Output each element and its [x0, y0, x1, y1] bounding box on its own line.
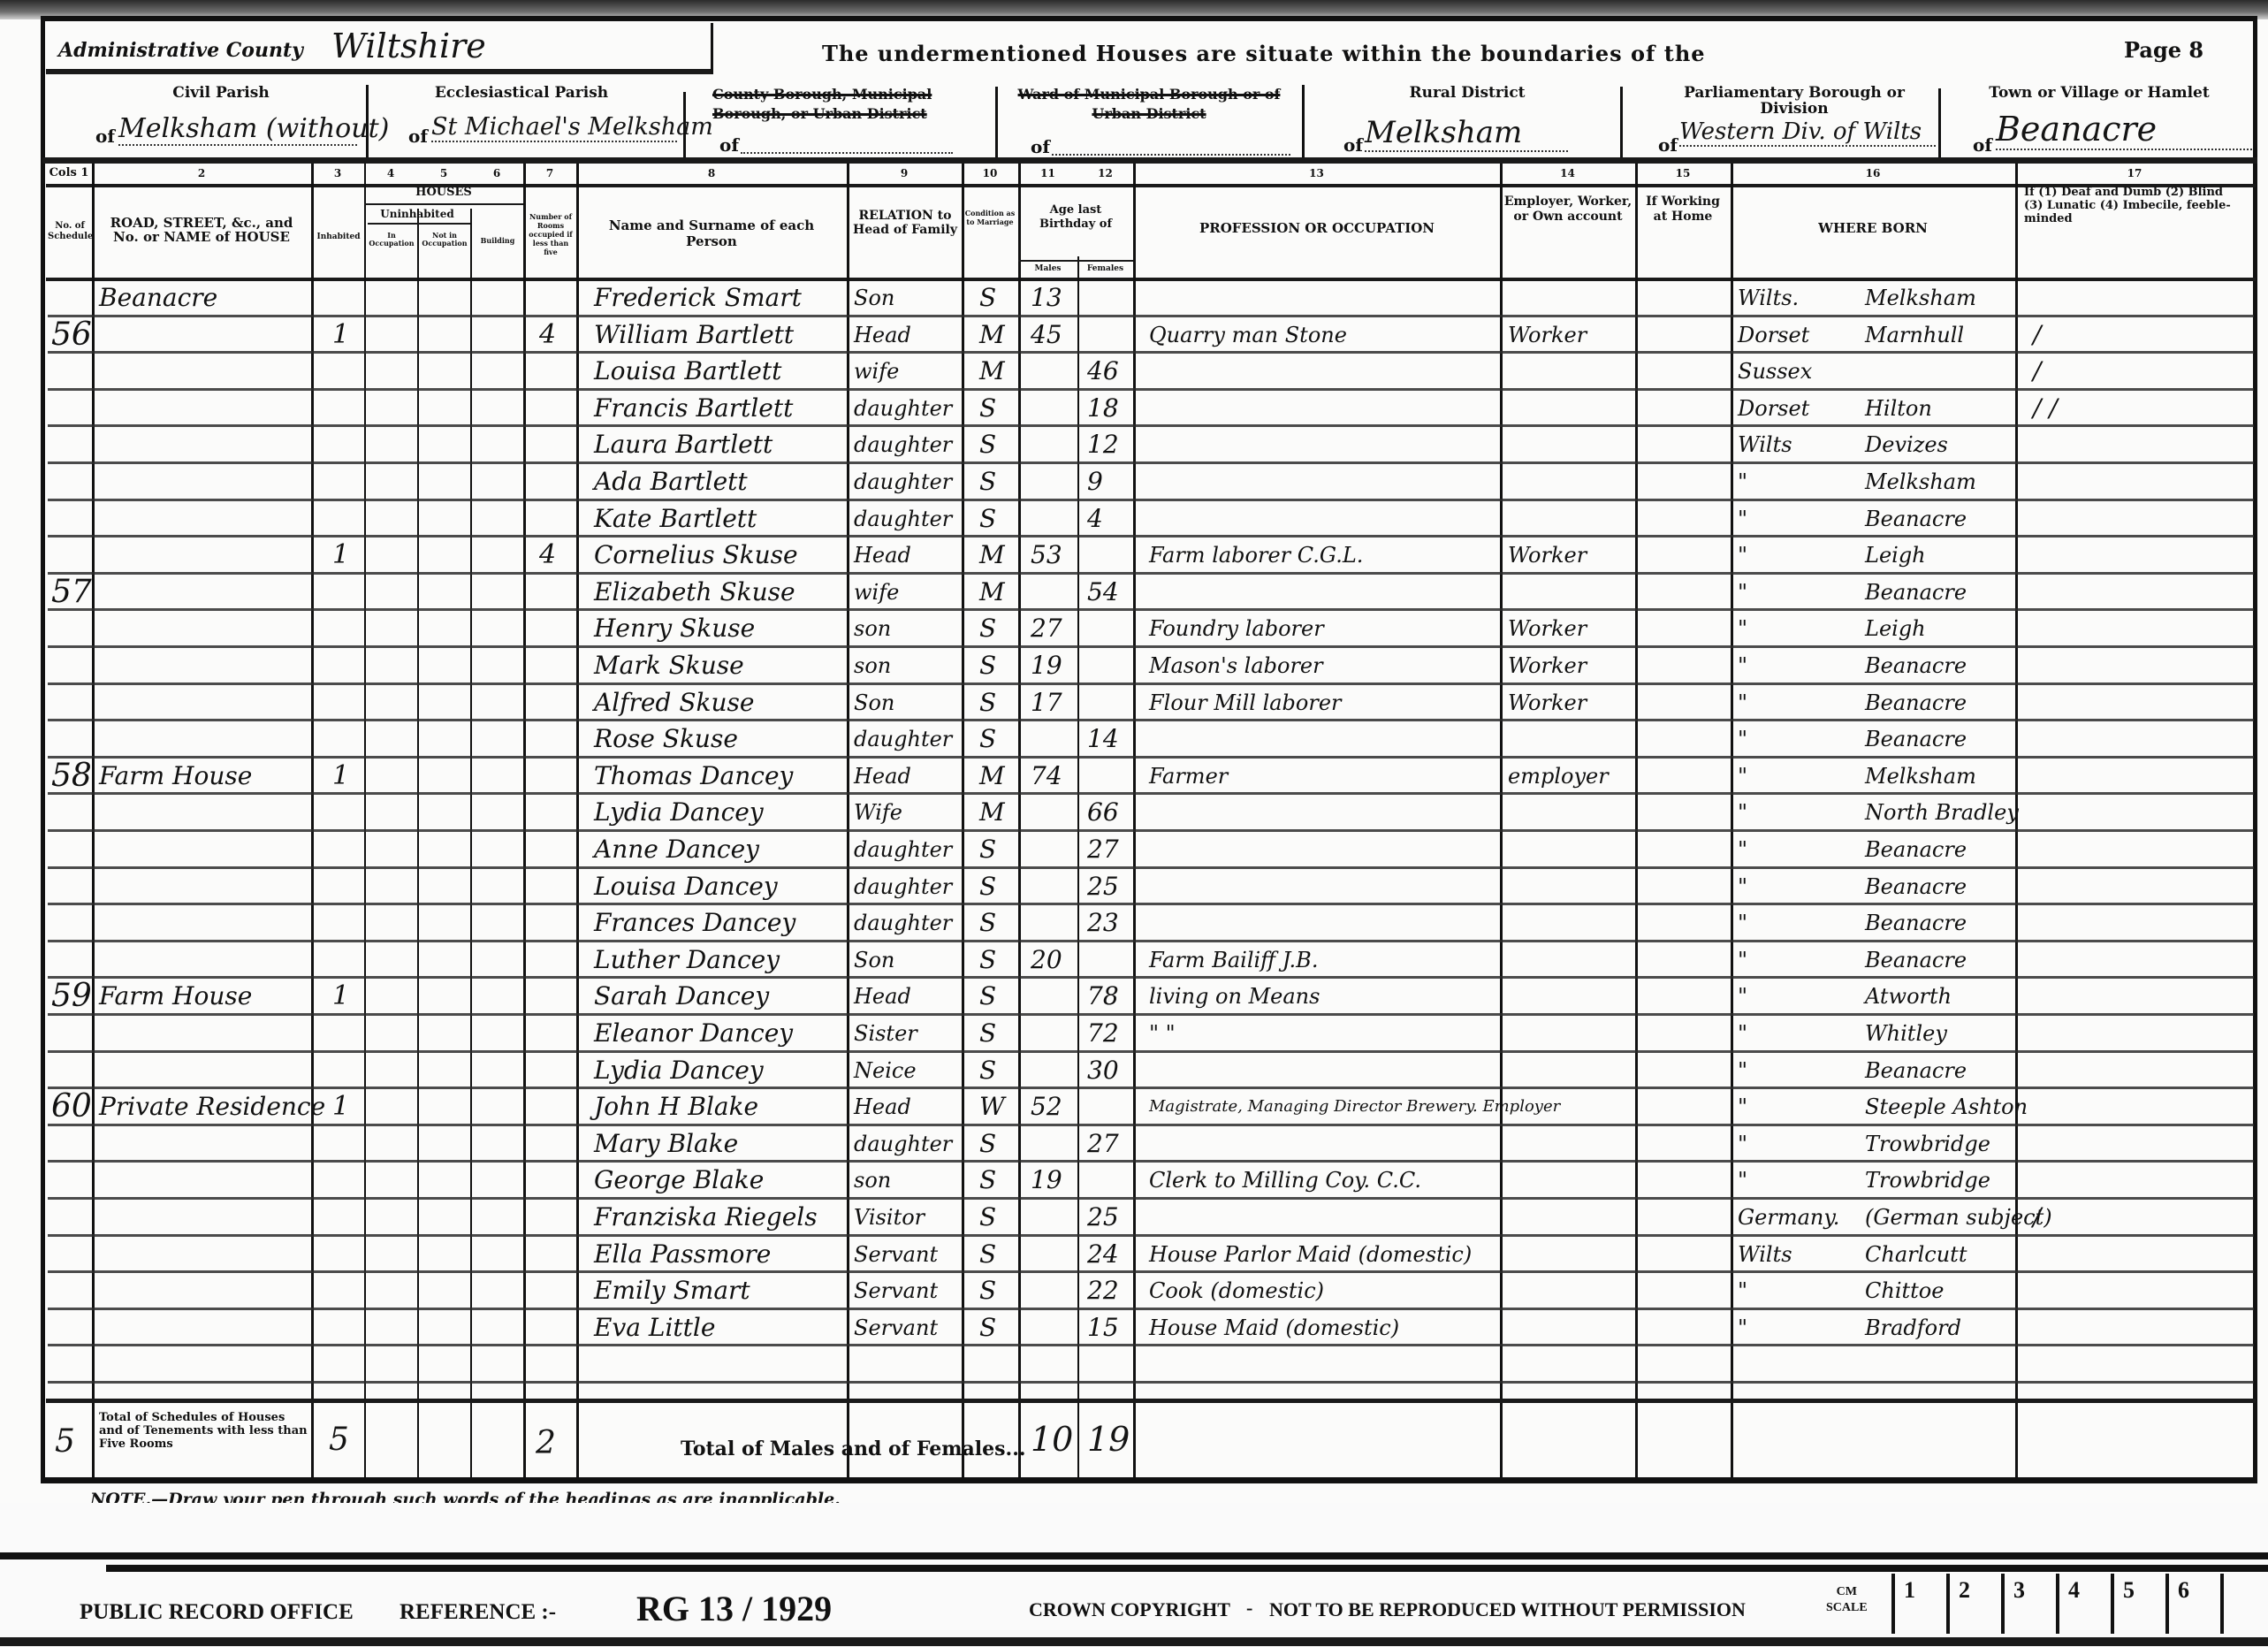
- person-name: Emily Smart: [594, 1276, 750, 1306]
- birth-county: Sussex: [1738, 356, 1812, 386]
- row-rule: [48, 388, 2254, 391]
- relation-to-head: Sister: [854, 1018, 917, 1048]
- county-borough-value: [741, 133, 953, 154]
- birth-county: ": [1738, 614, 1747, 644]
- col-num-8: 8: [576, 168, 847, 179]
- person-name: Laura Bartlett: [594, 430, 772, 460]
- relation-to-head: daughter: [854, 872, 952, 902]
- birth-county: ": [1738, 945, 1747, 975]
- occupation: Clerk to Milling Coy. C.C.: [1149, 1165, 1421, 1195]
- schedule-number: 59: [51, 981, 92, 1011]
- row-rule: [48, 903, 2254, 905]
- marital-condition: S: [979, 1129, 996, 1159]
- row-rule: [48, 976, 2254, 979]
- col-not-in-occupation-header: Not in Occupation: [419, 232, 470, 248]
- marital-condition: M: [979, 356, 1005, 386]
- birth-county: ": [1738, 651, 1747, 681]
- occupation: Flour Mill laborer: [1149, 688, 1342, 718]
- rooms-count: 4: [539, 320, 556, 350]
- person-name: Lydia Dancey: [594, 1056, 764, 1086]
- col-num-4: 4: [364, 168, 417, 179]
- row-rule: [48, 1124, 2254, 1126]
- row-rule: [48, 1344, 2254, 1346]
- relation-to-head: daughter: [854, 504, 952, 534]
- person-name: Kate Bartlett: [594, 504, 757, 534]
- person-name: Sarah Dancey: [594, 981, 769, 1011]
- birth-place: Beanacre: [1865, 835, 1967, 865]
- occupation: Magistrate, Managing Director Brewery. E…: [1149, 1092, 1560, 1122]
- scale-tick: 3: [2001, 1574, 2056, 1634]
- male-age: 19: [1031, 1165, 1062, 1195]
- female-age: 12: [1087, 430, 1119, 460]
- marital-condition: S: [979, 651, 996, 681]
- marital-condition: S: [979, 1313, 996, 1343]
- employer-status: Worker: [1508, 614, 1587, 644]
- employer-status: Worker: [1508, 651, 1587, 681]
- col-age-header: Age last Birthday of: [1022, 203, 1130, 232]
- schedule-number: 58: [51, 761, 92, 791]
- employer-status: Worker: [1508, 688, 1587, 718]
- female-age: 18: [1087, 393, 1119, 423]
- birth-county: ": [1738, 724, 1747, 754]
- col-num-13: 13: [1133, 168, 1500, 179]
- footer-reference-label: REFERENCE :-: [400, 1600, 556, 1625]
- footer-reference-value: RG 13 / 1929: [636, 1588, 832, 1629]
- inhabited-count: 1: [332, 320, 349, 350]
- marital-condition: S: [979, 504, 996, 534]
- footer-copyright: CROWN COPYRIGHT: [1029, 1598, 1230, 1621]
- row-rule: [48, 645, 2254, 648]
- birth-place: Hilton: [1865, 393, 1932, 423]
- relation-to-head: daughter: [854, 1129, 952, 1159]
- occupation: House Maid (domestic): [1149, 1313, 1399, 1343]
- row-rule: [48, 1160, 2254, 1163]
- marital-condition: W: [979, 1092, 1005, 1122]
- row-rule: [48, 572, 2254, 575]
- occupation: " ": [1149, 1018, 1176, 1048]
- marital-condition: S: [979, 981, 996, 1011]
- female-age: 46: [1087, 356, 1119, 386]
- col-num-12: 12: [1077, 168, 1133, 179]
- relation-to-head: daughter: [854, 430, 952, 460]
- birth-county: ": [1738, 1165, 1747, 1195]
- marital-condition: S: [979, 1202, 996, 1232]
- birth-place: Atworth: [1865, 981, 1952, 1011]
- house-name: Private Residence: [99, 1092, 325, 1122]
- occupation: Farmer: [1149, 761, 1228, 791]
- row-rule: [48, 1087, 2254, 1089]
- birth-place: Beanacre: [1865, 872, 1967, 902]
- relation-to-head: daughter: [854, 835, 952, 865]
- marital-condition: M: [979, 320, 1005, 350]
- row-rule: [48, 315, 2254, 317]
- inhabited-count: 1: [332, 1092, 349, 1122]
- parl-borough-value: Western Div. of Wilts: [1679, 118, 1936, 147]
- eccl-parish-value: St Michael's Melksham: [431, 113, 677, 142]
- rooms-count: 4: [539, 540, 556, 570]
- birth-county: ": [1738, 1018, 1747, 1048]
- col-num-6: 6: [470, 168, 523, 179]
- col-road-header: ROAD, STREET, &c., and No. or NAME of HO…: [95, 216, 308, 244]
- employer-status: Worker: [1508, 540, 1587, 570]
- employer-status: Worker: [1508, 320, 1587, 350]
- birth-county: ": [1738, 797, 1747, 827]
- col-employer-header: Employer, Worker, or Own account: [1503, 194, 1633, 225]
- person-name: Thomas Dancey: [594, 761, 793, 791]
- female-age: 23: [1087, 908, 1119, 938]
- col-inhabited-header: Inhabited: [313, 232, 364, 242]
- birth-county: ": [1738, 872, 1747, 902]
- col-building-header: Building: [472, 235, 523, 246]
- person-name: William Bartlett: [594, 320, 794, 350]
- col-infirmity-header: If (1) Deaf and Dumb (2) Blind (3) Lunat…: [2024, 186, 2245, 225]
- marital-condition: S: [979, 872, 996, 902]
- infirmity-mark: /: [2033, 356, 2041, 386]
- person-name: Frances Dancey: [594, 908, 795, 938]
- birth-county: ": [1738, 908, 1747, 938]
- person-name: George Blake: [594, 1165, 764, 1195]
- birth-place: Charlcutt: [1865, 1239, 1967, 1270]
- relation-to-head: daughter: [854, 724, 952, 754]
- birth-county: ": [1738, 1129, 1747, 1159]
- person-name: Cornelius Skuse: [594, 540, 798, 570]
- relation-to-head: Head: [854, 1092, 911, 1122]
- birth-place: Beanacre: [1865, 688, 1967, 718]
- person-name: Ada Bartlett: [594, 467, 748, 497]
- birth-place: Beanacre: [1865, 577, 1967, 607]
- row-rule: [48, 756, 2254, 759]
- archive-footer: PUBLIC RECORD OFFICE REFERENCE :- RG 13 …: [0, 1503, 2268, 1647]
- total-schedules: 5: [55, 1423, 75, 1460]
- infirmity-mark: /: [2033, 320, 2041, 350]
- birth-county: ": [1738, 540, 1747, 570]
- row-rule: [48, 1234, 2254, 1237]
- person-name: Ella Passmore: [594, 1239, 771, 1270]
- birth-place: Beanacre: [1865, 1056, 1967, 1086]
- employer-status: employer: [1508, 761, 1609, 791]
- col-num-9: 9: [847, 168, 962, 179]
- birth-place: Beanacre: [1865, 504, 1967, 534]
- birth-county: Wilts.: [1738, 283, 1799, 313]
- person-name: Elizabeth Skuse: [594, 577, 795, 607]
- person-name: Mark Skuse: [594, 651, 744, 681]
- schedule-number: 57: [51, 577, 92, 607]
- birth-place: Beanacre: [1865, 908, 1967, 938]
- marital-condition: S: [979, 835, 996, 865]
- occupation: Mason's laborer: [1149, 651, 1323, 681]
- cm-scale-label: CMSCALE: [1826, 1584, 1868, 1616]
- relation-to-head: daughter: [854, 393, 952, 423]
- col-females-header: Females: [1077, 263, 1133, 274]
- occupation: Quarry man Stone: [1149, 320, 1347, 350]
- birth-place: Melksham: [1865, 467, 1976, 497]
- civil-parish-label: Civil Parish: [133, 85, 309, 101]
- male-age: 20: [1031, 945, 1062, 975]
- house-name: Beanacre: [99, 283, 217, 313]
- birth-place: Leigh: [1865, 540, 1926, 570]
- col-where-born-header: WHERE BORN: [1732, 223, 2013, 233]
- relation-to-head: Son: [854, 688, 894, 718]
- row-rule: [48, 829, 2254, 832]
- page-number-label: Page 8: [2124, 37, 2203, 63]
- relation-to-head: Servant: [854, 1239, 938, 1270]
- birth-place: Whitley: [1865, 1018, 1947, 1048]
- col-num-10: 10: [962, 168, 1018, 179]
- marital-condition: S: [979, 688, 996, 718]
- ward-value: [1052, 134, 1290, 156]
- house-name: Farm House: [99, 981, 252, 1011]
- male-age: 17: [1031, 688, 1062, 718]
- person-name: Luther Dancey: [594, 945, 780, 975]
- relation-to-head: daughter: [854, 467, 952, 497]
- birth-place: Steeple Ashton: [1865, 1092, 2028, 1122]
- male-age: 52: [1031, 1092, 1062, 1122]
- col-num-2: 2: [92, 168, 311, 179]
- col-num-17: 17: [2015, 168, 2254, 179]
- marital-condition: S: [979, 945, 996, 975]
- person-name: Louisa Dancey: [594, 872, 778, 902]
- marital-condition: S: [979, 724, 996, 754]
- relation-to-head: Son: [854, 283, 894, 313]
- col-houses-header: HOUSES: [364, 187, 523, 198]
- birth-county: ": [1738, 467, 1747, 497]
- row-rule: [48, 940, 2254, 942]
- person-name: Mary Blake: [594, 1129, 738, 1159]
- birth-county: ": [1738, 504, 1747, 534]
- inhabited-count: 1: [332, 540, 349, 570]
- birth-place: Marnhull: [1865, 320, 1964, 350]
- relation-to-head: Head: [854, 761, 911, 791]
- col-tenements-header: Number of Rooms occupied if less than fi…: [525, 212, 576, 256]
- person-name: Anne Dancey: [594, 835, 759, 865]
- row-rule: [48, 1050, 2254, 1053]
- total-males: 10: [1031, 1420, 1073, 1459]
- marital-condition: S: [979, 1239, 996, 1270]
- birth-place: Bradford: [1865, 1313, 1961, 1343]
- birth-place: Devizes: [1865, 430, 1948, 460]
- birth-county: Dorset: [1738, 393, 1809, 423]
- infirmity-mark: /: [2033, 1202, 2041, 1232]
- marital-condition: S: [979, 1165, 996, 1195]
- scale-tick: 5: [2111, 1574, 2165, 1634]
- row-rule: [48, 682, 2254, 685]
- birth-county: Wilts: [1738, 430, 1792, 460]
- birth-place: (German subject): [1865, 1202, 2052, 1232]
- person-name: Lydia Dancey: [594, 797, 764, 827]
- scale-tick: 4: [2056, 1574, 2111, 1634]
- marital-condition: S: [979, 430, 996, 460]
- birth-county: ": [1738, 577, 1747, 607]
- birth-county: ": [1738, 1092, 1747, 1122]
- scale-tick: 6: [2165, 1574, 2220, 1634]
- marital-condition: S: [979, 393, 996, 423]
- birth-county: ": [1738, 761, 1747, 791]
- female-age: 78: [1087, 981, 1119, 1011]
- col-in-occupation-header: In Occupation: [366, 232, 417, 248]
- male-age: 19: [1031, 651, 1062, 681]
- female-age: 9: [1087, 467, 1103, 497]
- person-name: John H Blake: [594, 1092, 758, 1122]
- birth-county: ": [1738, 835, 1747, 865]
- birth-county: ": [1738, 981, 1747, 1011]
- scale-tick-end: [2220, 1574, 2268, 1634]
- female-age: 66: [1087, 797, 1119, 827]
- occupation: Farm laborer C.G.L.: [1149, 540, 1363, 570]
- row-rule: [48, 351, 2254, 354]
- birth-county: Wilts: [1738, 1239, 1792, 1270]
- relation-to-head: Servant: [854, 1313, 938, 1343]
- row-rule: [48, 461, 2254, 464]
- relation-to-head: son: [854, 614, 891, 644]
- col-num-11: 11: [1018, 168, 1077, 179]
- person-name: Frederick Smart: [594, 283, 802, 313]
- row-rule: [48, 1381, 2254, 1384]
- relation-to-head: Wife: [854, 797, 902, 827]
- female-age: 15: [1087, 1313, 1119, 1343]
- row-rule: [48, 535, 2254, 538]
- marital-condition: S: [979, 467, 996, 497]
- col-num-3: 3: [311, 168, 364, 179]
- male-age: 13: [1031, 283, 1062, 313]
- row-rule: [48, 719, 2254, 721]
- col-schedule-header: No. of Schedule: [48, 221, 92, 242]
- occupation: living on Means: [1149, 981, 1320, 1011]
- relation-to-head: Visitor: [854, 1202, 925, 1232]
- marital-condition: M: [979, 577, 1005, 607]
- col-num-7: 7: [523, 168, 576, 179]
- admin-county-value: Wiltshire: [331, 27, 486, 65]
- row-rule: [48, 866, 2254, 869]
- female-age: 27: [1087, 835, 1119, 865]
- col-num-1: Cols 1: [46, 168, 92, 179]
- birth-place: Leigh: [1865, 614, 1926, 644]
- eccl-parish-label: Ecclesiastical Parish: [415, 85, 628, 101]
- col-working-home-header: If Working at Home: [1639, 194, 1727, 225]
- birth-place: North Bradley: [1865, 797, 2019, 827]
- marital-condition: M: [979, 761, 1005, 791]
- person-name: Franziska Riegels: [594, 1202, 818, 1232]
- row-rule: [48, 424, 2254, 427]
- female-age: 22: [1087, 1276, 1119, 1306]
- col-occupation-header: PROFESSION OR OCCUPATION: [1140, 223, 1494, 233]
- female-age: 72: [1087, 1018, 1119, 1048]
- rural-district-label: Rural District: [1379, 85, 1556, 101]
- footer-office: PUBLIC RECORD OFFICE: [80, 1600, 354, 1625]
- col-name-header: Name and Surname of each Person: [592, 217, 831, 249]
- marital-condition: S: [979, 614, 996, 644]
- person-name: Eleanor Dancey: [594, 1018, 793, 1048]
- marital-condition: S: [979, 1276, 996, 1306]
- col-num-5: 5: [417, 168, 470, 179]
- birth-county: Germany.: [1738, 1202, 1839, 1232]
- relation-to-head: daughter: [854, 908, 952, 938]
- male-age: 74: [1031, 761, 1062, 791]
- relation-to-head: Head: [854, 981, 911, 1011]
- town-value: Beanacre: [1996, 110, 2252, 150]
- female-age: 30: [1087, 1056, 1119, 1086]
- relation-to-head: Servant: [854, 1276, 938, 1306]
- relation-to-head: wife: [854, 577, 899, 607]
- civil-parish-value: Melksham (without): [118, 113, 357, 146]
- house-name: Farm House: [99, 761, 252, 791]
- person-name: Henry Skuse: [594, 614, 755, 644]
- rural-district-value: Melksham: [1365, 115, 1568, 152]
- occupation: Cook (domestic): [1149, 1276, 1324, 1306]
- birth-county: ": [1738, 1313, 1747, 1343]
- female-age: 54: [1087, 577, 1119, 607]
- row-rule: [48, 1013, 2254, 1016]
- row-rule: [48, 792, 2254, 795]
- infirmity-mark: / /: [2033, 393, 2058, 423]
- page-number: 8: [2188, 37, 2203, 63]
- birth-place: Chittoe: [1865, 1276, 1944, 1306]
- total-males-females-label: Total of Males and of Females...: [681, 1437, 1026, 1460]
- birth-county: ": [1738, 1276, 1747, 1306]
- relation-to-head: Head: [854, 540, 911, 570]
- relation-to-head: Son: [854, 945, 894, 975]
- marital-condition: M: [979, 540, 1005, 570]
- birth-place: Melksham: [1865, 761, 1976, 791]
- page-title-text: The undermentioned Houses are situate wi…: [822, 41, 1706, 66]
- birth-place: Trowbridge: [1865, 1165, 1990, 1195]
- town-label: Town or Village or Hamlet: [1958, 85, 2241, 101]
- total-females: 19: [1087, 1420, 1130, 1459]
- total-schedules-label: Total of Schedules of Houses and of Tene…: [99, 1411, 308, 1451]
- inhabited-count: 1: [332, 761, 349, 791]
- birth-county: Dorset: [1738, 320, 1809, 350]
- relation-to-head: wife: [854, 356, 899, 386]
- inhabited-count: 1: [332, 981, 349, 1011]
- female-age: 25: [1087, 872, 1119, 902]
- birth-place: Trowbridge: [1865, 1129, 1990, 1159]
- relation-to-head: son: [854, 651, 891, 681]
- person-name: Alfred Skuse: [594, 688, 754, 718]
- col-num-16: 16: [1731, 168, 2015, 179]
- birth-county: ": [1738, 688, 1747, 718]
- birth-place: Beanacre: [1865, 724, 1967, 754]
- relation-to-head: Neice: [854, 1056, 917, 1086]
- male-age: 53: [1031, 540, 1062, 570]
- female-age: 4: [1087, 504, 1103, 534]
- marital-condition: S: [979, 1056, 996, 1086]
- marital-condition: M: [979, 797, 1005, 827]
- col-num-15: 15: [1635, 168, 1731, 179]
- parl-borough-label: Parliamentary Borough or Division: [1662, 85, 1927, 117]
- birth-place: Beanacre: [1865, 945, 1967, 975]
- occupation: Farm Bailiff J.B.: [1149, 945, 1318, 975]
- admin-county-label: Administrative County: [58, 39, 303, 62]
- male-age: 45: [1031, 320, 1062, 350]
- person-name: Francis Bartlett: [594, 393, 793, 423]
- female-age: 27: [1087, 1129, 1119, 1159]
- col-num-14: 14: [1500, 168, 1635, 179]
- marital-condition: S: [979, 1018, 996, 1048]
- occupation: House Parlor Maid (domestic): [1149, 1239, 1472, 1270]
- row-rule: [48, 1308, 2254, 1310]
- county-borough-label: County Borough, Municipal Borough, or Ur…: [712, 85, 969, 124]
- row-rule: [48, 499, 2254, 501]
- person-name: Eva Little: [594, 1313, 715, 1343]
- row-rule: [48, 1197, 2254, 1200]
- person-name: Rose Skuse: [594, 724, 738, 754]
- birth-county: ": [1738, 1056, 1747, 1086]
- marital-condition: S: [979, 283, 996, 313]
- ward-label: Ward of Municipal Borough or of Urban Di…: [1016, 85, 1282, 124]
- scale-tick: 2: [1946, 1574, 2001, 1634]
- male-age: 27: [1031, 614, 1062, 644]
- person-name: Louisa Bartlett: [594, 356, 781, 386]
- col-males-header: Males: [1018, 263, 1077, 274]
